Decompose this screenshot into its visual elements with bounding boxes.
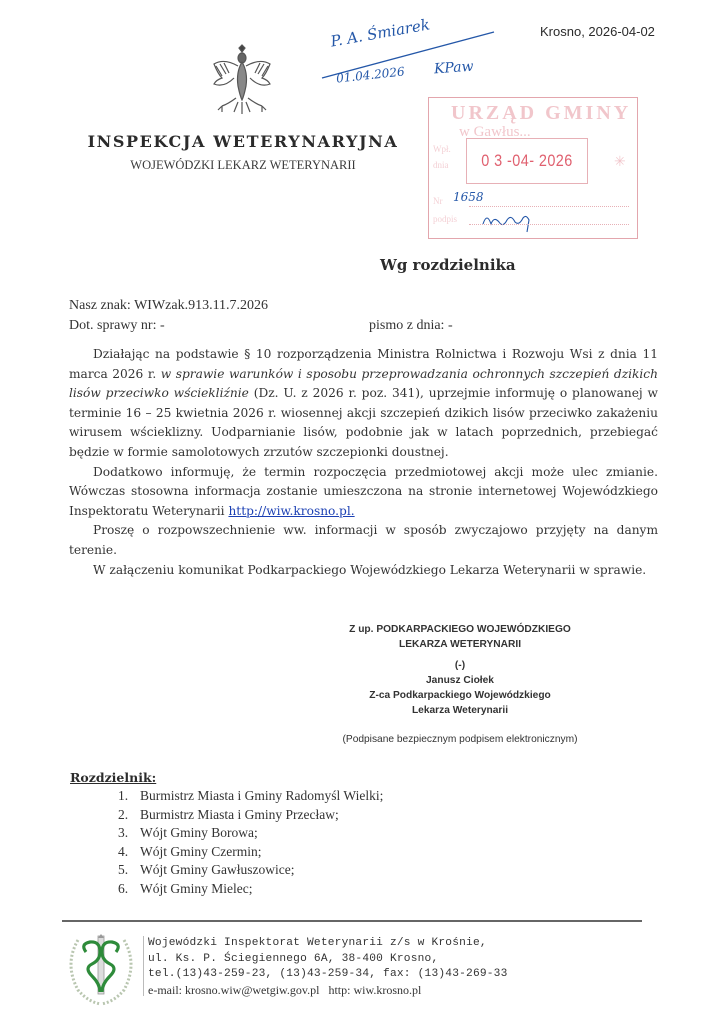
stamp-label-nr: Nr: [433, 196, 443, 206]
signature-dash: (-): [300, 658, 620, 673]
institution-title: INSPEKCJA WETERYNARYJNA: [78, 132, 408, 151]
letter-date: pismo z dnia: -: [369, 318, 453, 334]
stamp-asterisk-icon: ✳: [614, 154, 626, 171]
list-item: 1.Burmistrz Miasta i Gminy Radomyśl Wiel…: [118, 787, 383, 806]
distribution-title: Rozdzielnik:: [70, 770, 156, 785]
footer-address: ul. Ks. P. Ściegiennego 6A, 38-400 Krosn…: [148, 952, 508, 968]
signature-block: Z up. PODKARPACKIEGO WOJEWÓDZKIEGO LEKAR…: [300, 622, 620, 747]
signature-line2: LEKARZA WETERYNARII: [300, 637, 620, 652]
paragraph-2: Dodatkowo informuję, że termin rozpoczęc…: [69, 463, 658, 522]
case-number-label: Dot. sprawy nr:: [69, 318, 157, 333]
list-item: 5.Wójt Gminy Gawłuszowice;: [118, 861, 383, 880]
footer-separator: [143, 936, 144, 996]
footer-institution: Wojewódzki Inspektorat Weterynarii z/s w…: [148, 936, 508, 952]
list-item: 2.Burmistrz Miasta i Gminy Przecław;: [118, 806, 383, 825]
our-reference-label: Nasz znak:: [69, 298, 131, 313]
stamp-date: 0 3 -04- 2026: [476, 151, 578, 171]
stamp-signature-icon: [479, 206, 539, 236]
paragraph-1: Działając na podstawie § 10 rozporządzen…: [69, 345, 658, 463]
stamp-label-podpis: podpis: [433, 214, 457, 224]
stamp-label-dnia: dnia: [433, 160, 449, 170]
handwritten-annotation: P. A. Śmiarek 01.04.2026 KPaw: [310, 10, 500, 90]
signatory-name: Janusz Ciołek: [300, 673, 620, 688]
stamp-handwritten-number: 1658: [453, 190, 484, 204]
signatory-role-line1: Z-ca Podkarpackiego Wojewódzkiego: [300, 688, 620, 703]
signatory-role-line2: Lekarza Weterynarii: [300, 703, 620, 718]
distribution-list: 1.Burmistrz Miasta i Gminy Radomyśl Wiel…: [118, 787, 383, 899]
stamp-label-wpl: Wpł.: [433, 144, 451, 154]
veterinary-inspection-logo-icon: [64, 930, 138, 1006]
institution-subtitle: WOJEWÓDZKI LEKARZ WETERYNARII: [78, 158, 408, 173]
list-item: 4.Wójt Gminy Czermin;: [118, 843, 383, 862]
signature-line1: Z up. PODKARPACKIEGO WOJEWÓDZKIEGO: [300, 622, 620, 637]
footer-divider: [62, 920, 642, 922]
electronic-signature-note: (Podpisane bezpiecznym podpisem elektron…: [300, 732, 620, 747]
list-item: 3.Wójt Gminy Borowa;: [118, 824, 383, 843]
paragraph-4: W załączeniu komunikat Podkarpackiego Wo…: [69, 561, 658, 581]
case-number: Dot. sprawy nr: -: [69, 318, 165, 334]
recipient-heading: Wg rozdzielnika: [380, 256, 516, 274]
case-number-value: -: [160, 318, 165, 333]
our-reference-value: WIWzak.913.11.7.2026: [134, 298, 268, 313]
receipt-stamp: URZĄD GMINY w Gawłus... Wpł. dnia 0 3 -0…: [428, 97, 638, 239]
footer-contact: Wojewódzki Inspektorat Weterynarii z/s w…: [148, 936, 508, 998]
eagle-emblem-icon: [210, 42, 274, 122]
our-reference: Nasz znak: WIWzak.913.11.7.2026: [69, 298, 268, 314]
letter-body: Działając na podstawie § 10 rozporządzen…: [69, 345, 658, 580]
letter-date-label: pismo z dnia:: [369, 318, 444, 333]
footer-email-web: e-mail: krosno.wiw@wetgiw.gov.pl http: w…: [148, 983, 508, 999]
list-item: 6.Wójt Gminy Mielec;: [118, 880, 383, 899]
place-and-date: Krosno, 2026-04-02: [540, 24, 655, 39]
stamp-office-line1: URZĄD GMINY: [451, 102, 631, 125]
handwritten-initials: KPaw: [433, 59, 474, 78]
footer-phone: tel.(13)43-259-23, (13)43-259-34, fax: (…: [148, 967, 508, 983]
stamp-date-box: 0 3 -04- 2026: [466, 138, 588, 184]
website-link[interactable]: http://wiw.krosno.pl.: [228, 504, 354, 518]
letter-date-value: -: [448, 318, 453, 333]
paragraph-3: Proszę o rozpowszechnienie ww. informacj…: [69, 521, 658, 560]
